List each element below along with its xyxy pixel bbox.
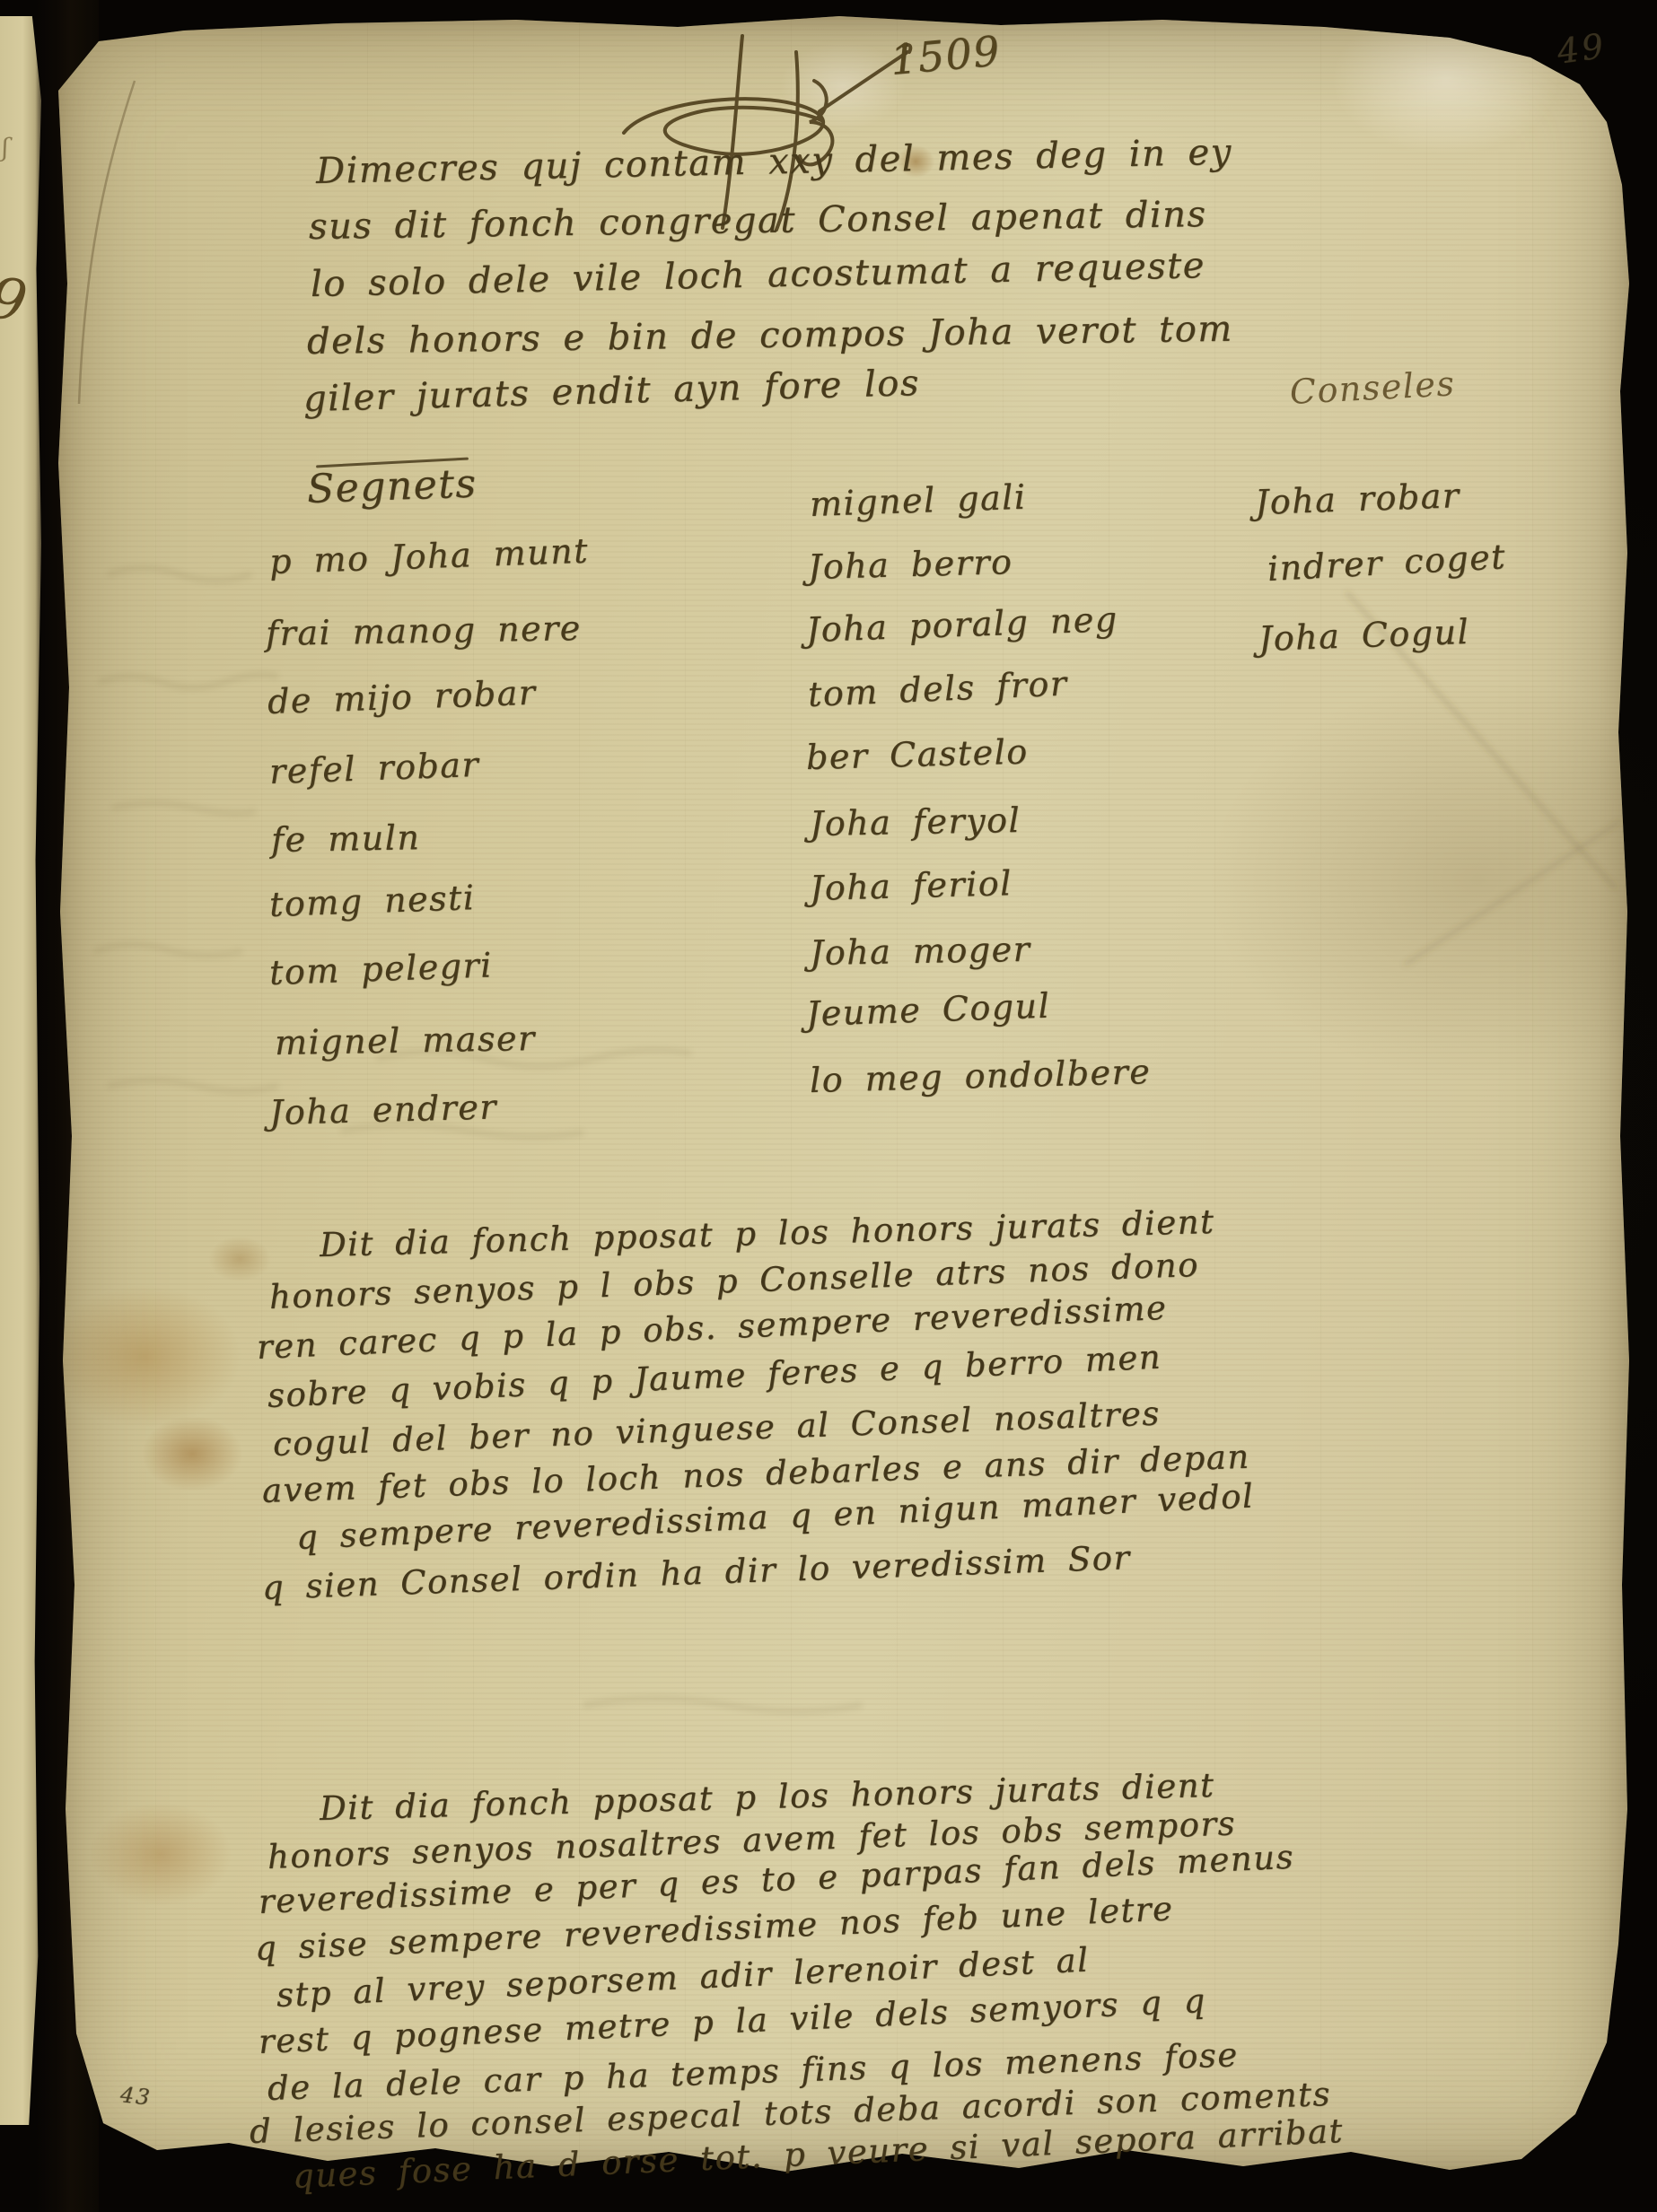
margin-number: 43 [119,2082,153,2110]
name-entry: mignel gali [809,477,1027,524]
folio-number: 49 [1555,26,1609,72]
name-entry: tomg nesti [268,878,476,924]
name-entry: mignel maser [275,1019,536,1062]
name-entry: Joha feryol [810,800,1021,844]
previous-page-ink-mark: 9 [0,265,32,337]
name-entry: Joha feriol [809,863,1013,908]
previous-page-ink-mark-small: ʃ [2,133,9,162]
name-entry: Joha endrer [268,1087,497,1132]
attendees-heading: Segnets [306,460,478,512]
name-entry: tom pelegri [268,945,493,992]
name-entry: frai manog nere [266,608,582,653]
year-date: 1509 [889,26,1003,84]
name-entry: Joha berro [807,542,1013,587]
name-entry: fe muln [271,817,421,860]
name-entry: ber Castelo [805,732,1029,777]
name-entry: refel robar [268,745,480,791]
name-entry: Joha Cogul [1258,612,1470,659]
name-entry: Joha robar [1254,476,1460,522]
manuscript-photo: ʃ 9 1509 49 [0,0,1657,2212]
name-entry: Joha moger [810,930,1031,973]
